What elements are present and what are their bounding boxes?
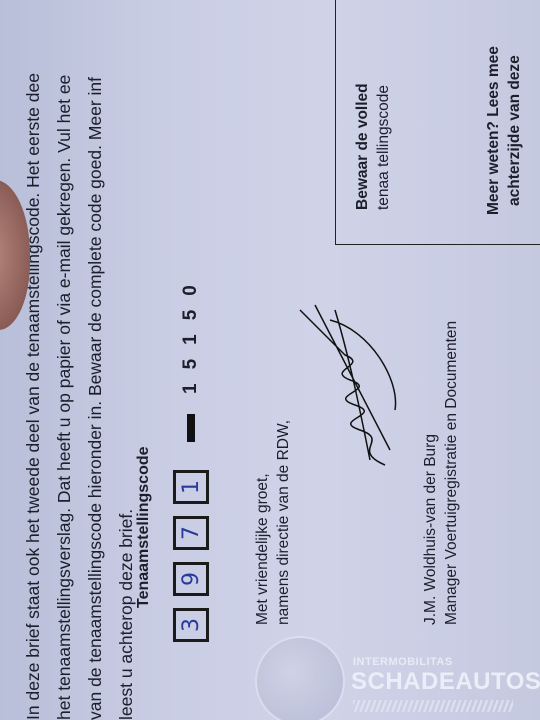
watermark-subtitle: INTERMOBILITAS bbox=[353, 656, 453, 668]
code-digit-box: 9 bbox=[173, 562, 209, 596]
info-line: achterzijde van deze bbox=[504, 46, 525, 215]
watermark: INTERMOBILITAS SCHADEAUTOS.NL bbox=[255, 632, 540, 720]
signer-block: J.M. Woldhuis-van der Burg Manager Voert… bbox=[420, 321, 462, 625]
watermark-title: SCHADEAUTOS.NL bbox=[351, 668, 540, 696]
registration-code: 3 9 7 1 15150 bbox=[173, 271, 209, 642]
code-separator bbox=[187, 414, 195, 442]
intro-line: van de tenaamstellingscode hieronder in.… bbox=[80, 0, 111, 720]
closing-line: Met vriendelijke groet, bbox=[252, 420, 273, 625]
watermark-hatch bbox=[353, 700, 513, 712]
info-box-more: Meer weten? Lees mee achterzijde van dez… bbox=[483, 46, 525, 215]
intro-paragraph: In deze brief staat ook het tweede deel … bbox=[18, 0, 142, 720]
code-digit-box: 7 bbox=[173, 516, 209, 550]
code-digit-box: 3 bbox=[173, 608, 209, 642]
letter-page: In deze brief staat ook het tweede deel … bbox=[0, 0, 540, 720]
intro-line: In deze brief staat ook het tweede deel … bbox=[18, 0, 49, 720]
info-line: tenaa tellingscode bbox=[373, 83, 394, 210]
closing: Met vriendelijke groet, namens directie … bbox=[252, 420, 294, 625]
globe-icon bbox=[255, 636, 345, 720]
printed-code-digits: 15150 bbox=[180, 271, 202, 394]
signature bbox=[290, 300, 410, 470]
signer-title: Manager Voertuigregistratie en Documente… bbox=[441, 321, 462, 625]
info-line: Bewaar de volled bbox=[352, 83, 373, 210]
code-digit-box: 1 bbox=[173, 470, 209, 504]
info-line: Meer weten? Lees mee bbox=[483, 46, 504, 215]
signer-name: J.M. Woldhuis-van der Burg bbox=[420, 321, 441, 625]
code-label: Tenaamstellingscode bbox=[135, 446, 153, 608]
info-box-text: Bewaar de volled tenaa tellingscode bbox=[352, 83, 394, 210]
intro-line: leest u achterop deze brief. bbox=[111, 0, 142, 720]
intro-line: het tenaamstellingsverslag. Dat heeft u … bbox=[49, 0, 80, 720]
